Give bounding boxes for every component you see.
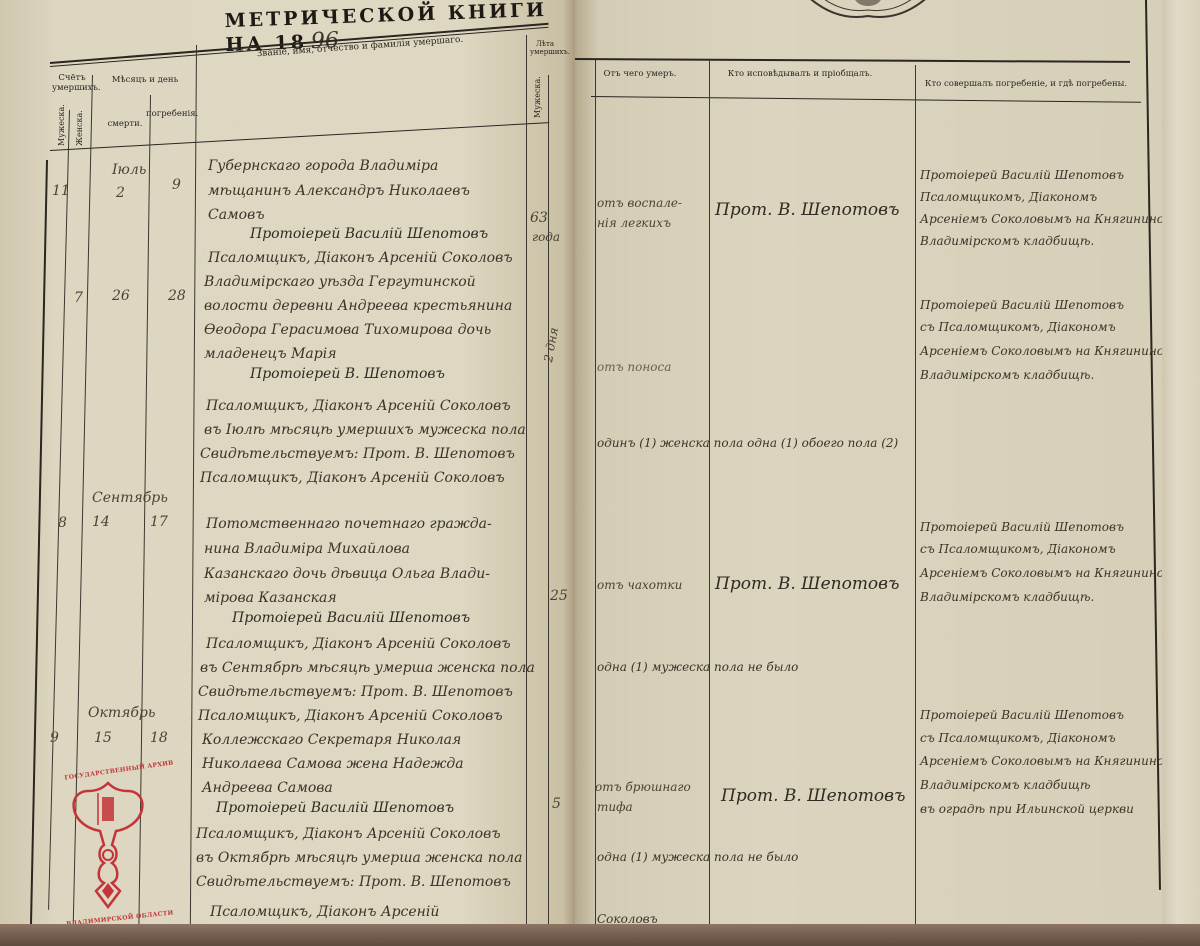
entry-4-name-line: Коллежскаго Секретаря Николая: [202, 732, 461, 748]
entry-1-burial-line: Арсеніемъ Соколовымъ на Княгининскомъ: [920, 212, 1196, 226]
entry-4-death-day: 15: [94, 730, 112, 746]
frame-left-border: [29, 160, 48, 946]
entry-2-burial-line: Арсеніемъ Соколовымъ на Княгининскомъ: [920, 344, 1196, 358]
entry-3-name-line: Казанскаго дочь дѣвица Ольга Влади-: [204, 566, 490, 582]
entry-3-name-line: Потомственнаго почетнаго гражда-: [206, 516, 492, 532]
entry-1-name-line: Губернскаго города Владиміра: [208, 158, 438, 174]
header-cause: Отъ чего умеръ.: [595, 70, 685, 80]
header-burial: Кто совершалъ погребеніе, и гдѣ погребен…: [921, 80, 1131, 90]
entry-2-burial-line: съ Псаломщикомъ, Діакономъ: [920, 320, 1116, 334]
entry-2-name-line: Өеодора Герасимова Тихомирова дочь: [204, 322, 491, 338]
entry-1-burial-line: Псаломщикомъ, Діакономъ: [920, 190, 1097, 204]
summary-3-line: въ Октябрѣ мѣсяцѣ умерша женска пола: [196, 850, 522, 866]
entry-2-burial-line: Протоіерей Василій Шепотовъ: [920, 298, 1124, 312]
entry-3-name-line: мірова Казанская: [204, 590, 337, 606]
entry-4-burial-day: 18: [150, 730, 168, 746]
header-date-death: смерти.: [100, 120, 150, 130]
entry-4-burial-line: въ оградѣ при Ильинской церкви: [920, 802, 1134, 816]
entry-3-signature: Псаломщикъ, Діаконъ Арсеній Соколовъ: [206, 636, 511, 652]
entry-3-age: 25: [550, 588, 568, 604]
entry-1-burial-day: 9: [172, 177, 181, 193]
column-line: [915, 65, 916, 940]
entry-3-burial-line: Владимірскомъ кладбищѣ.: [920, 590, 1094, 604]
entry-3-burial-day: 17: [150, 514, 168, 530]
archive-stamp: ГОСУДАРСТВЕННЫЙ АРХИВ ВЛАДИМИРСКОЙ ОБЛАС…: [68, 765, 148, 933]
entry-3-month: Сентябрь: [92, 490, 168, 506]
entry-4-confessor: Прот. В. Шепотовъ: [721, 786, 905, 806]
entry-1-death-day: 2: [116, 185, 125, 201]
header-age-group: Лѣта умершихъ.: [530, 40, 560, 56]
entry-1-age: 63: [530, 210, 548, 226]
entry-1-cause: нія легкихъ: [597, 216, 671, 230]
header-count-female: Женска.: [75, 108, 84, 146]
entry-3-burial-line: Арсеніемъ Соколовымъ на Княгининскомъ: [920, 566, 1196, 580]
column-line: [595, 60, 596, 940]
entry-2-death-day: 26: [112, 288, 130, 304]
column-line: [526, 35, 527, 935]
entry-3-cause: отъ чахотки: [597, 578, 682, 592]
header-date-burial: погребенія.: [146, 110, 196, 120]
column-line: [48, 110, 70, 910]
header-confessor: Кто исповѣдывалъ и пріобщалъ.: [715, 70, 885, 80]
header-bottom-rule: [591, 96, 1141, 103]
entry-4-name-line: Андреева Самова: [202, 780, 333, 796]
entry-2-female-no: 7: [74, 290, 83, 306]
entry-2-cause: отъ поноса: [597, 360, 671, 374]
entry-2-signature: Протоіерей В. Шепотовъ: [250, 366, 445, 382]
entry-4-female-no: 9: [50, 730, 59, 746]
entry-2-name-line: Владимірскаго уѣзда Гергутинской: [204, 274, 476, 290]
entry-2-age: 2 дня: [541, 326, 561, 363]
summary-2-line: Свидѣтельствуемъ: Прот. В. Шепотовъ: [198, 684, 513, 700]
summary-1-line: Свидѣтельствуемъ: Прот. В. Шепотовъ: [200, 446, 515, 462]
entry-4-age: 5: [552, 796, 561, 812]
summary-3-line: Псаломщикъ, Діаконъ Арсеній: [210, 904, 439, 920]
header-count-group: Счётъ умершихъ.: [52, 74, 92, 94]
entry-4-signature: Псаломщикъ, Діаконъ Арсеній Соколовъ: [196, 826, 501, 842]
summary-2-counts: одна (1) мужеска пола не было: [597, 660, 798, 674]
entry-2-burial-line: Владимірскомъ кладбищѣ.: [920, 368, 1094, 382]
summary-1-line: Псаломщикъ, Діаконъ Арсеній Соколовъ: [200, 470, 505, 486]
column-line: [190, 45, 197, 935]
entry-1-name-line: Самовъ: [208, 207, 265, 223]
entry-1-confessor: Прот. В. Шепотовъ: [715, 200, 899, 220]
entry-1-burial-line: Протоіерей Василій Шепотовъ: [920, 168, 1124, 182]
entry-1-signature: Псаломщикъ, Діаконъ Арсеній Соколовъ: [208, 250, 513, 266]
summary-3-counts: одна (1) мужеска пола не было: [597, 850, 798, 864]
entry-2-name-line: волости деревни Андреева крестьянина: [204, 298, 512, 314]
left-page: МЕТРИЧЕСКОЙ КНИГИ НА 1896 Счётъ умершихъ…: [0, 0, 575, 946]
header-top-rule: [575, 58, 1130, 63]
entry-4-burial-line: Владимірскомъ кладбищѣ: [920, 778, 1091, 792]
entry-4-burial-line: Протоіерей Василій Шепотовъ: [920, 708, 1124, 722]
entry-4-cause: тифа: [597, 800, 633, 814]
summary-3-line: Свидѣтельствуемъ: Прот. В. Шепотовъ: [196, 874, 511, 890]
archive-emblem-icon: [68, 779, 148, 929]
entry-1-age-note: года: [532, 230, 560, 244]
entry-1-cause: отъ воспале-: [597, 196, 682, 210]
summary-1-counts: одинъ (1) женска пола одна (1) обоего по…: [597, 436, 898, 450]
entry-3-death-day: 14: [92, 514, 110, 530]
summary-1-line: въ Іюлѣ мѣсяцѣ умершихъ мужеска пола: [204, 422, 526, 438]
entry-4-burial-line: Арсеніемъ Соколовымъ на Княгининскомъ: [920, 754, 1196, 768]
entry-3-burial-line: Протоіерей Василій Шепотовъ: [920, 520, 1124, 534]
summary-2-line: Псаломщикъ, Діаконъ Арсеній Соколовъ: [198, 708, 503, 724]
entry-2-name-line: младенецъ Марія: [204, 346, 336, 362]
entry-4-burial-line: съ Псаломщикомъ, Діакономъ: [920, 731, 1116, 745]
imperial-eagle-emblem-icon: [793, 0, 943, 22]
entry-3-confessor: Прот. В. Шепотовъ: [715, 574, 899, 594]
column-line: [548, 75, 549, 935]
entry-1-burial-line: Владимірскомъ кладбищѣ.: [920, 234, 1094, 248]
entry-4-cause: отъ брюшнаго: [595, 780, 691, 794]
entry-2-burial-day: 28: [168, 288, 186, 304]
entry-2-signature: Псаломщикъ, Діаконъ Арсеній Соколовъ: [206, 398, 511, 414]
entry-1-signature: Протоіерей Василій Шепотовъ: [250, 226, 488, 242]
entry-4-signature: Протоіерей Василій Шепотовъ: [216, 800, 454, 816]
entry-4-name-line: Николаева Самова жена Надежда: [202, 756, 464, 772]
entry-1-male-no: 11: [52, 183, 70, 199]
book-cover-bottom: [0, 924, 1200, 946]
entry-3-female-no: 8: [58, 515, 67, 531]
entry-3-name-line: нина Владиміра Михайлова: [204, 541, 410, 557]
entry-3-burial-line: съ Псаломщикомъ, Діакономъ: [920, 542, 1116, 556]
summary-2-line: въ Сентябрѣ мѣсяцѣ умерша женска пола: [200, 660, 535, 676]
header-age-male: Мужеска.: [533, 80, 542, 118]
entry-1-name-line: мѣщанинъ Александръ Николаевъ: [208, 183, 470, 199]
header-date-group: Мѣсяцъ и день: [95, 76, 195, 86]
next-page-edge: [1162, 0, 1200, 946]
entry-1-month: Іюль: [112, 162, 146, 178]
column-line: [709, 60, 710, 940]
entry-3-signature: Протоіерей Василій Шепотовъ: [232, 610, 470, 626]
header-count-male: Мужеска.: [57, 108, 66, 146]
right-page: ГОДЪ, ЧАСТЬ ТРЕТІЯ, О УМЕРШИХЪ. Отъ чего…: [575, 0, 1200, 946]
entry-4-month: Октябрь: [88, 705, 156, 721]
